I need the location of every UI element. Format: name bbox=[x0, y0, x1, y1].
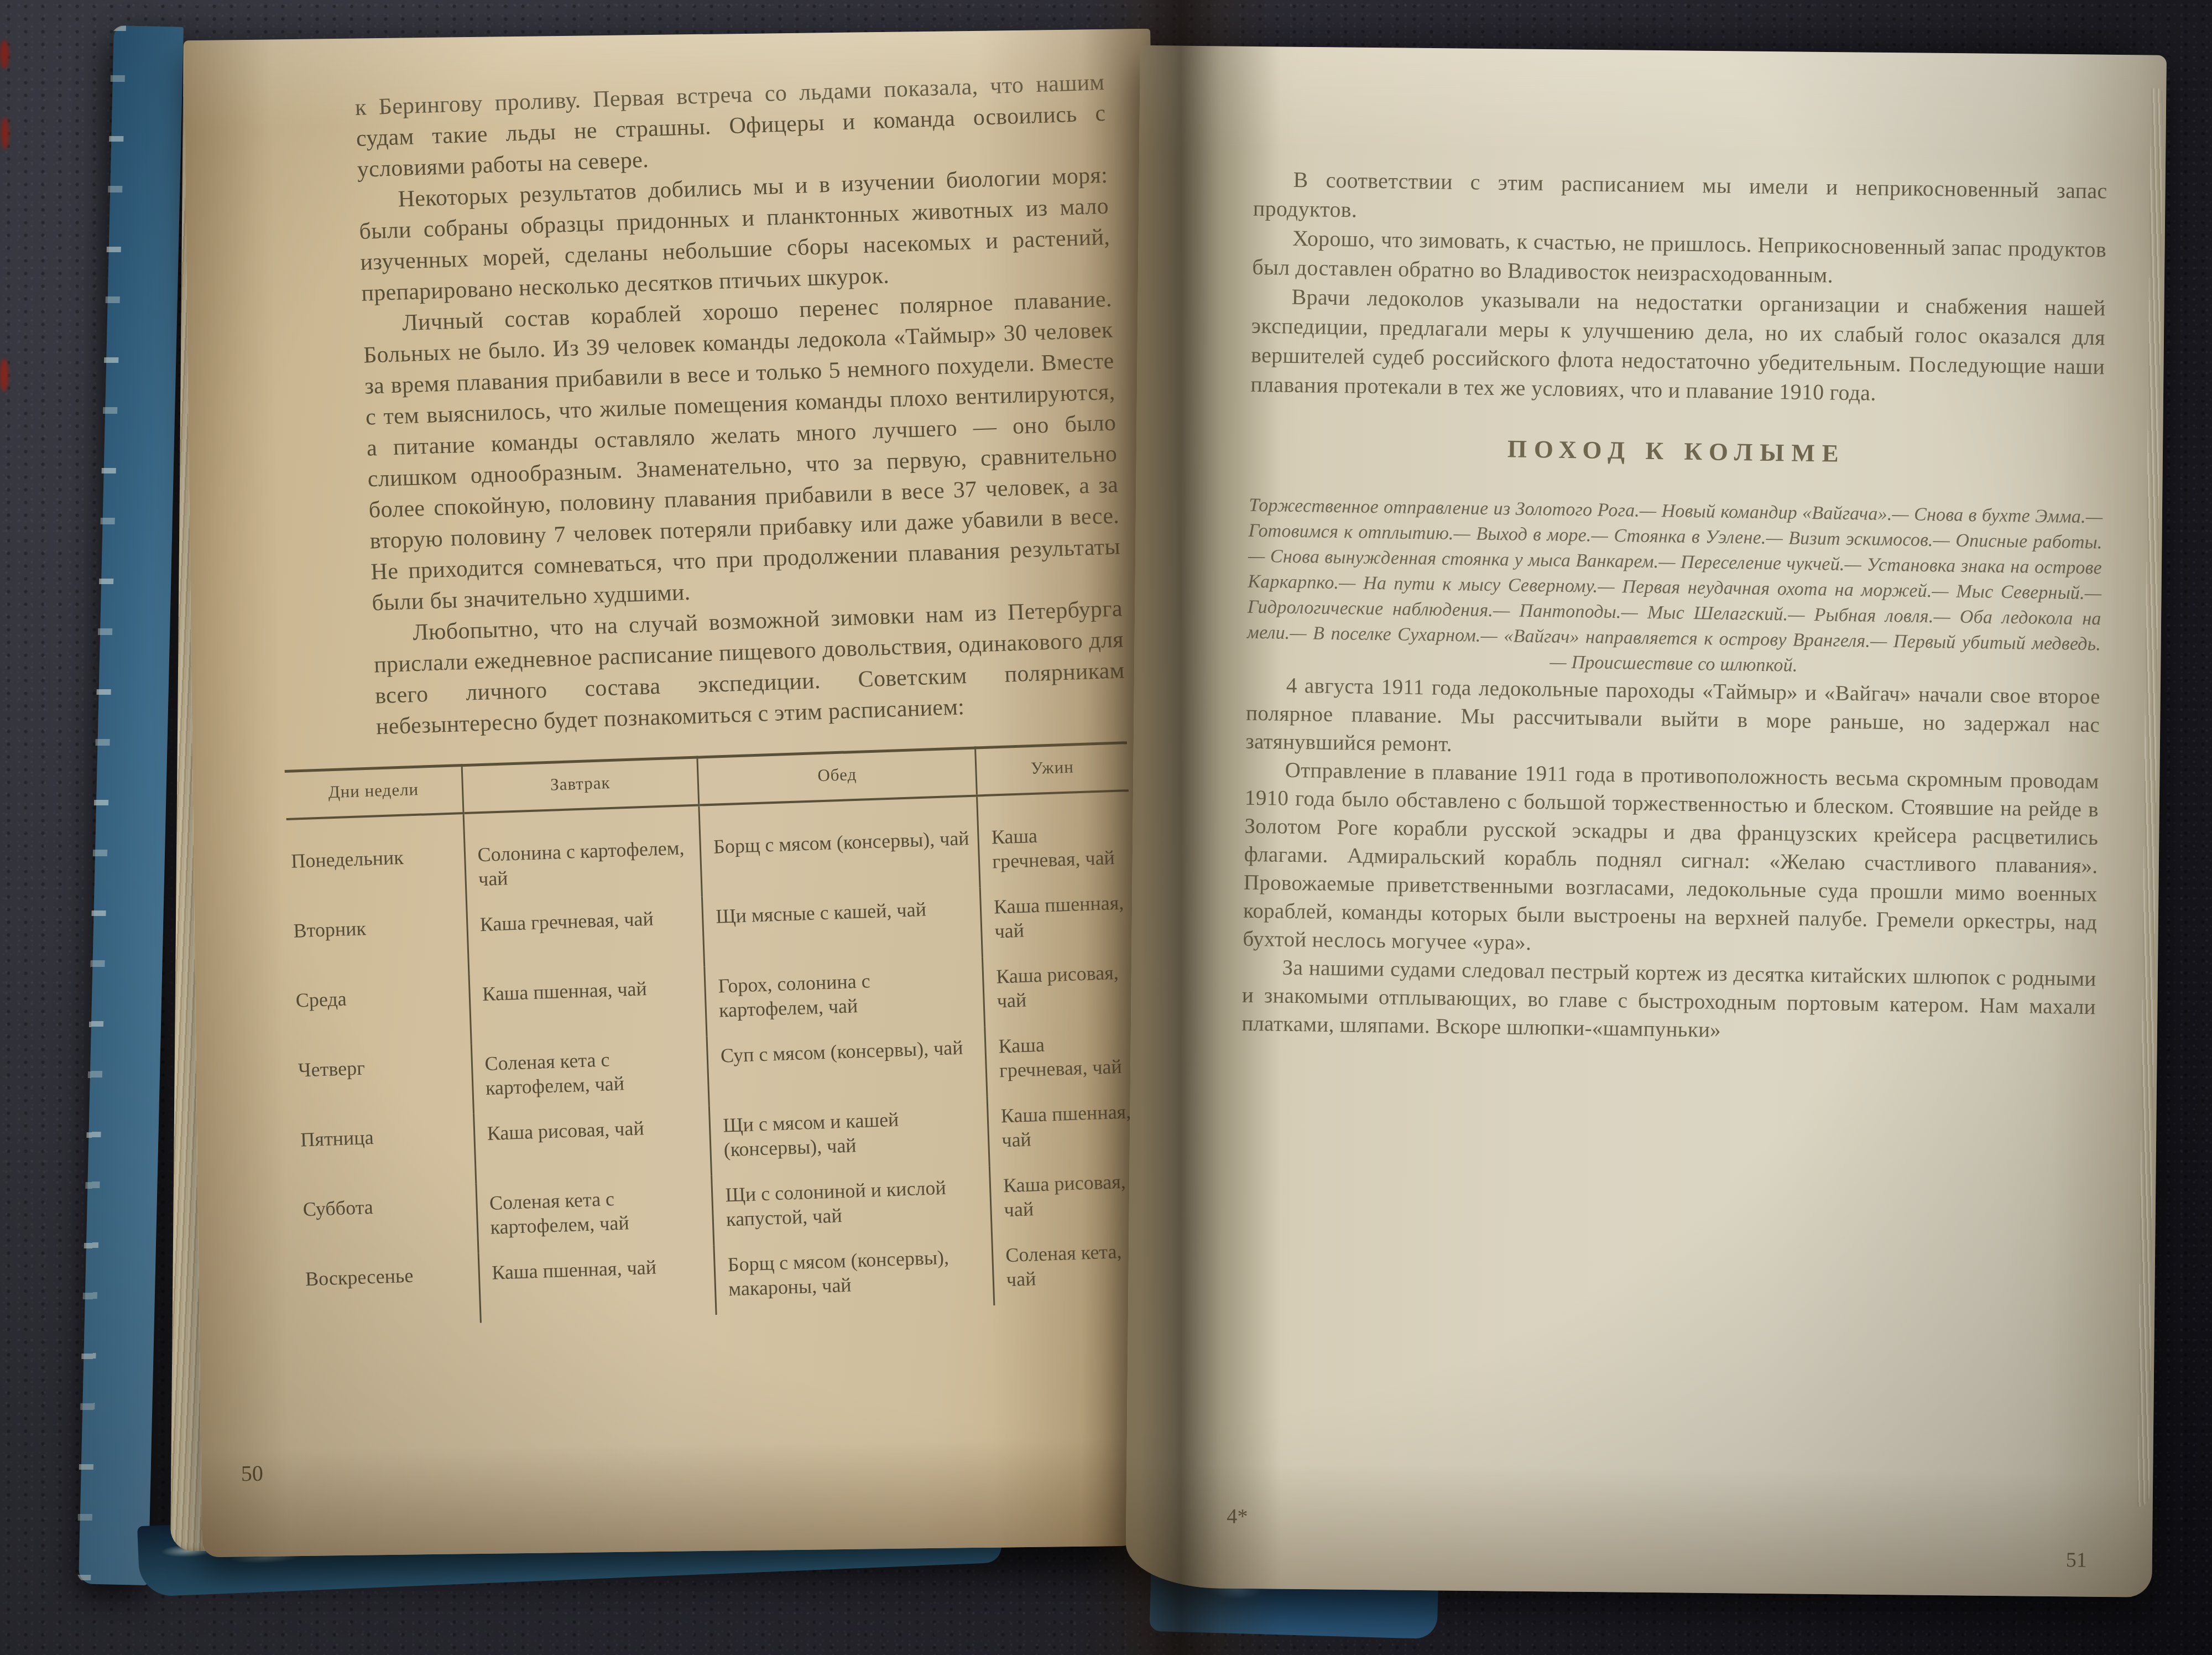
red-fleck bbox=[1, 117, 9, 149]
cell-lunch: Щи с мясом и кашей (консервы), чай bbox=[709, 1096, 990, 1175]
cell-dinner: Каша рисовая, чай bbox=[983, 952, 1136, 1027]
cell-dinner: Каша гречневая, чай bbox=[977, 790, 1132, 887]
right-page-content: В соответствии с этим расписанием мы име… bbox=[1119, 45, 2167, 1602]
cell-day: Понедельник bbox=[286, 813, 466, 911]
cell-lunch: Щи с солониной и кислой капустой, чай bbox=[712, 1166, 992, 1245]
signature-mark: 4* bbox=[1227, 1505, 1248, 1529]
cell-day: Среда bbox=[292, 975, 471, 1050]
cell-day: Четверг bbox=[294, 1044, 473, 1120]
header-days: Дни недели bbox=[285, 766, 463, 819]
cell-dinner: Каша пшенная, чай bbox=[987, 1091, 1141, 1166]
page-number-left: 50 bbox=[241, 1460, 263, 1486]
cell-breakfast: Каша рисовая, чай bbox=[473, 1106, 712, 1183]
paragraph: Личный состав кораблей хорошо перенес по… bbox=[362, 284, 1121, 619]
paragraph: Отправление в плавание 1911 года в проти… bbox=[1243, 756, 2099, 965]
cell-breakfast: Каша пшенная, чай bbox=[469, 966, 707, 1044]
header-breakfast: Завтрак bbox=[462, 757, 699, 813]
cell-lunch: Суп с мясом (консервы), чай bbox=[707, 1027, 987, 1106]
cell-breakfast: Каша гречневая, чай bbox=[466, 897, 705, 974]
cell-lunch: Борщ с мясом (консервы), макароны, чай bbox=[714, 1236, 994, 1315]
meal-schedule-table: Дни недели Завтрак Обед Ужин Понедельник… bbox=[285, 741, 1146, 1329]
cell-day: Пятница bbox=[296, 1114, 476, 1190]
cell-dinner: Каша пшенная, чай bbox=[980, 882, 1134, 957]
cell-day: Вторник bbox=[289, 905, 468, 981]
chapter-summary: Торжественное отправление из Золотого Ро… bbox=[1246, 493, 2103, 683]
cell-breakfast: Соленая кета с картофелем, чай bbox=[476, 1175, 714, 1253]
cell-dinner: Каша гречневая, чай bbox=[985, 1022, 1139, 1096]
header-dinner: Ужин bbox=[975, 743, 1129, 796]
cell-dinner: Каша рисовая, чай bbox=[989, 1161, 1143, 1236]
cell-lunch: Горох, солонина с картофелем, чай bbox=[705, 957, 985, 1036]
paragraph: Врачи ледоколов указывали на недостатки … bbox=[1250, 282, 2106, 411]
paragraph: За нашими судами следовал пестрый кортеж… bbox=[1241, 953, 2096, 1050]
cell-day: Суббота bbox=[299, 1184, 478, 1260]
right-page: В соответствии с этим расписанием мы име… bbox=[1125, 45, 2167, 1597]
red-fleck bbox=[0, 358, 8, 392]
cell-day: Воскресенье bbox=[301, 1253, 481, 1329]
cell-lunch: Борщ с мясом (консервы), чай bbox=[699, 795, 980, 897]
left-page-content: к Берингову проливу. Первая встреча со л… bbox=[184, 29, 1202, 1578]
cell-breakfast: Соленая кета с картофелем, чай bbox=[471, 1036, 709, 1113]
paragraph: 4 августа 1911 года ледокольные пароходы… bbox=[1245, 671, 2100, 768]
left-page: к Берингову проливу. Первая встреча со л… bbox=[184, 29, 1168, 1557]
cell-breakfast: Каша пшенная, чай bbox=[478, 1245, 717, 1323]
paragraph: Некоторых результатов добились мы и в из… bbox=[358, 160, 1112, 309]
page-number-right: 51 bbox=[2066, 1548, 2087, 1572]
paragraph: Любопытно, что на случай возможной зимов… bbox=[372, 593, 1126, 742]
red-fleck bbox=[0, 40, 9, 69]
cell-lunch: Щи мясные с кашей, чай bbox=[702, 887, 983, 966]
cell-breakfast: Солонина с картофелем, чай bbox=[463, 805, 702, 905]
chapter-title: ПОХОД К КОЛЫМЕ bbox=[1250, 431, 2104, 472]
